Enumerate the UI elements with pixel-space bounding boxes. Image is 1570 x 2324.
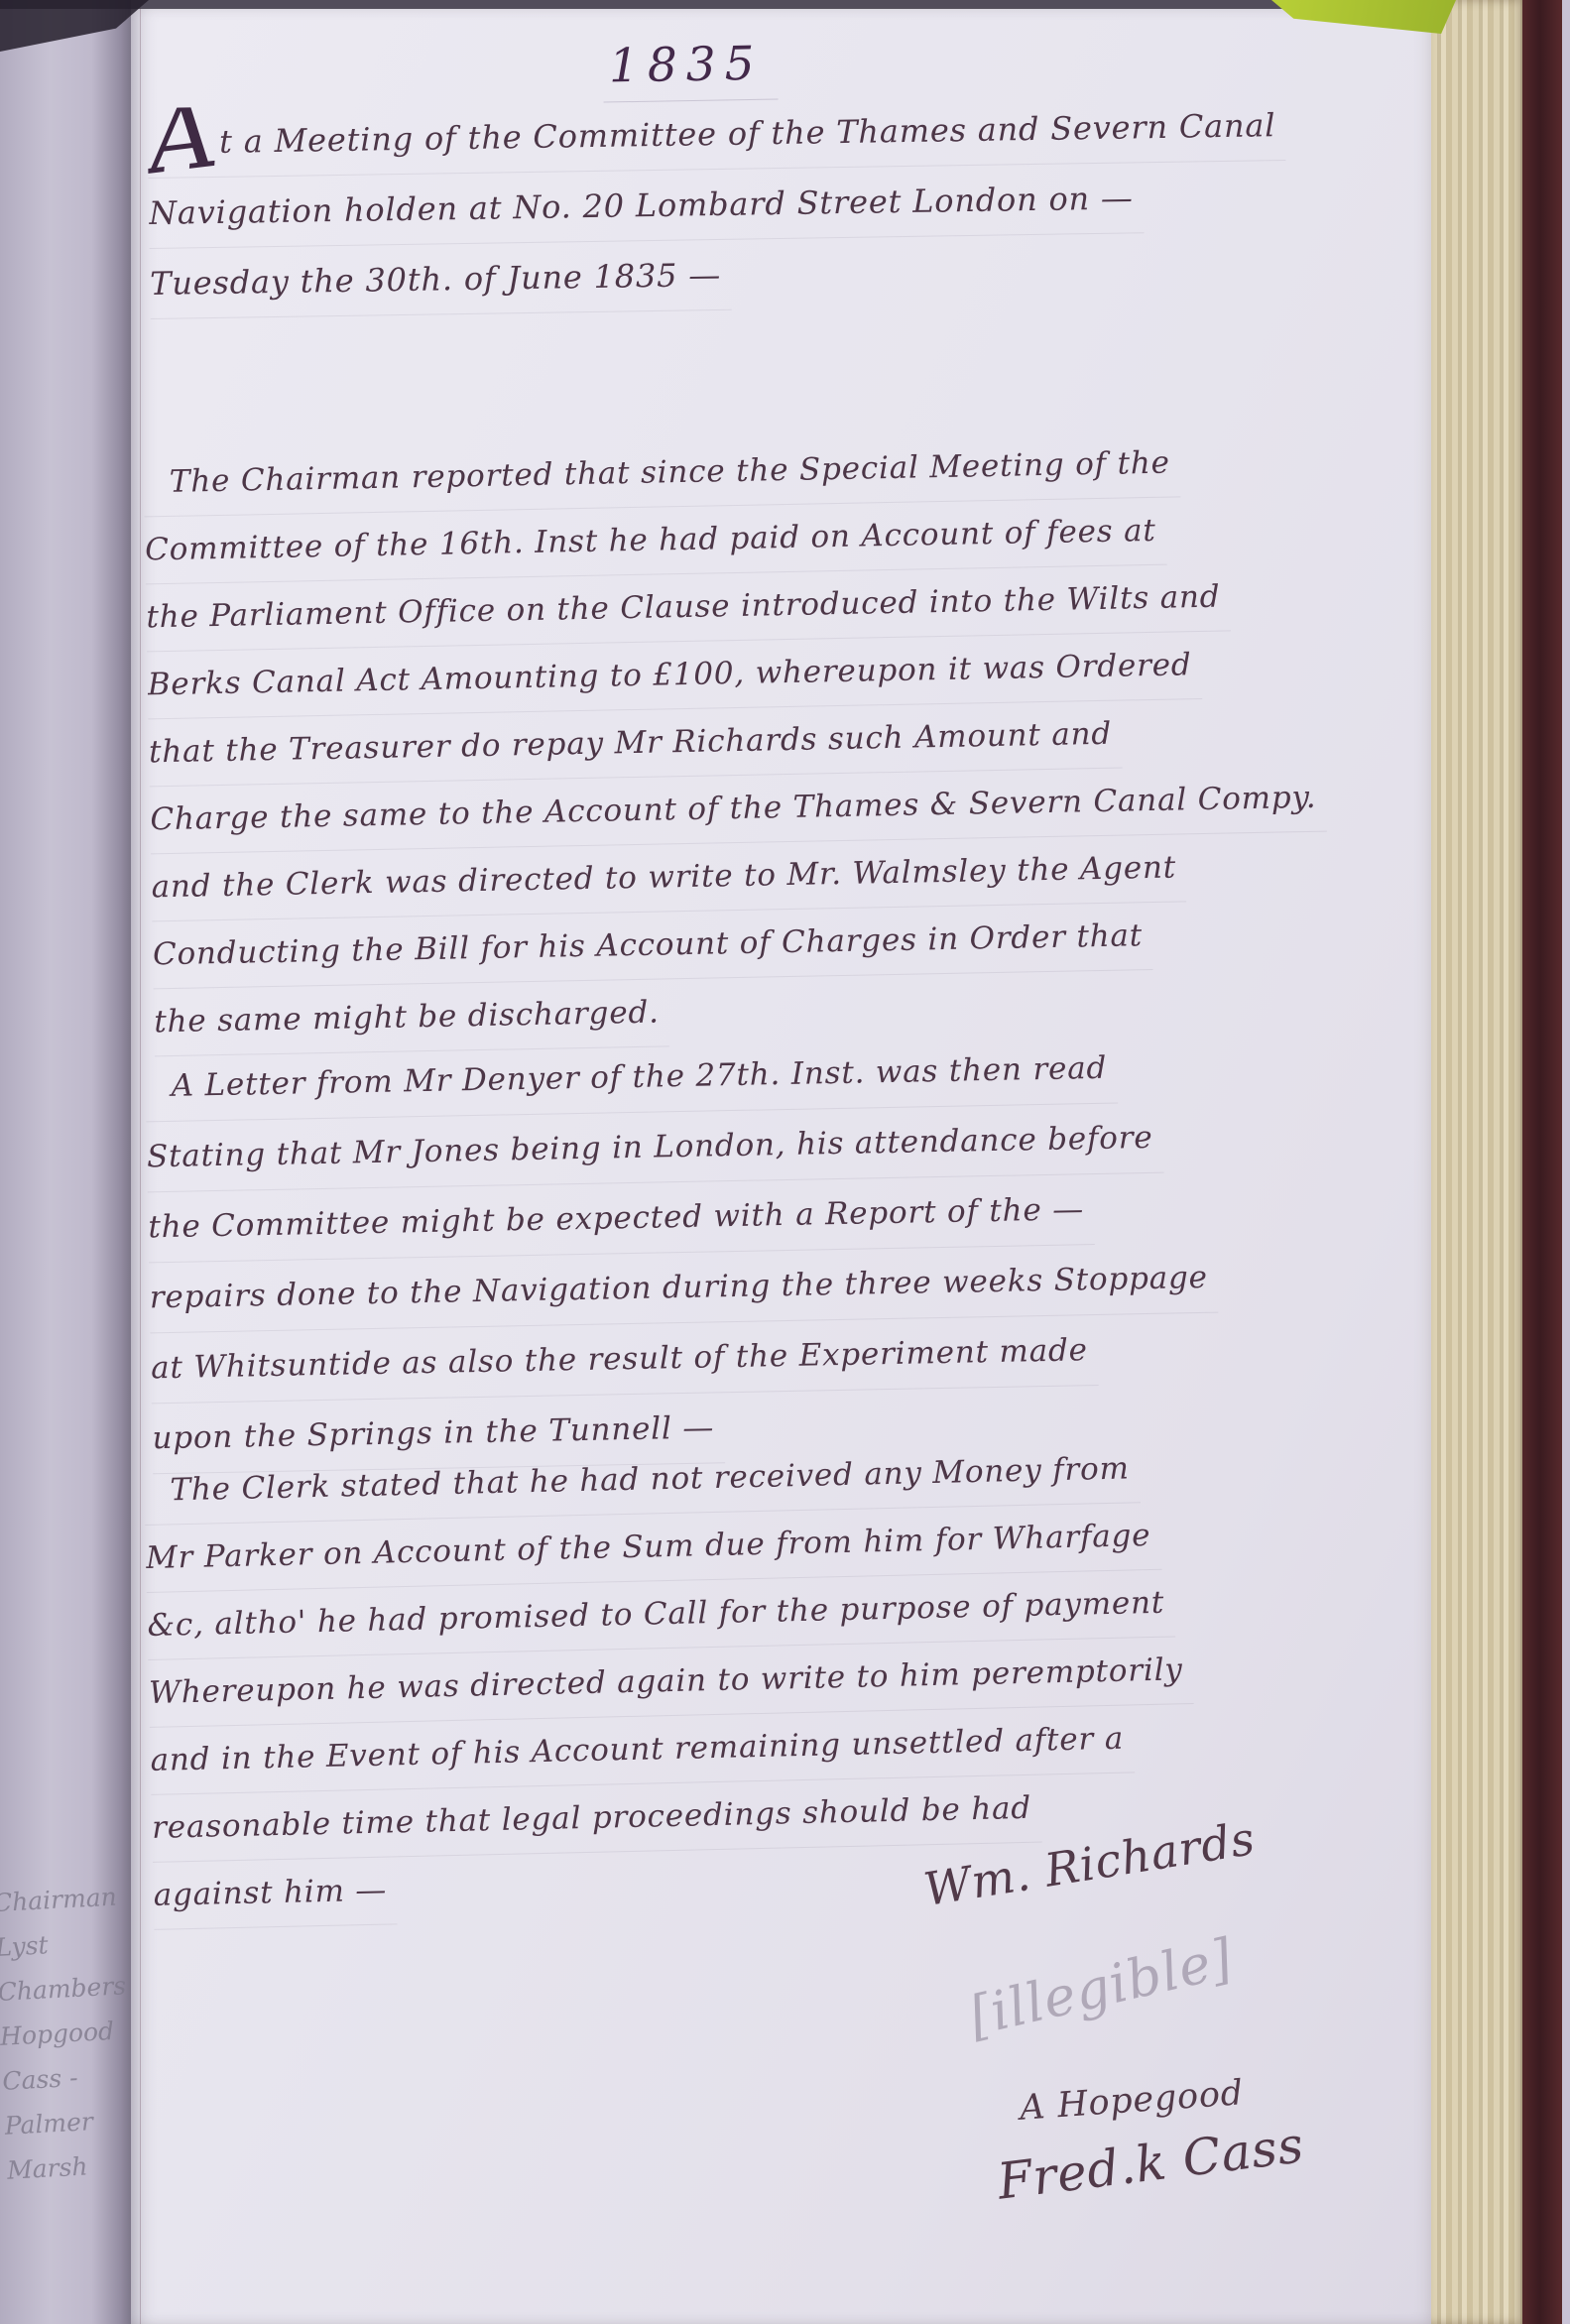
manuscript-line-text: t a Meeting of the Committee of the Tham… <box>219 106 1276 161</box>
margin-note: Lyst <box>0 1917 145 1970</box>
margin-note: Cass - <box>1 2051 152 2104</box>
margin-note: Hopgood <box>0 2007 150 2059</box>
pencil-margin-notes: Chairman Lyst Chambers Hopgood Cass - Pa… <box>0 1873 157 2192</box>
margin-note: Marsh <box>6 2141 157 2193</box>
year-heading: 1835 <box>602 36 778 102</box>
book-cover-edge <box>1522 0 1562 2324</box>
manuscript-line: Tuesday the 30th. of June 1835 — <box>150 240 732 319</box>
margin-note: Chairman <box>0 1873 143 1925</box>
manuscript-photo: 1835 At a Meeting of the Committee of th… <box>0 0 1570 2324</box>
manuscript-line: Navigation holden at No. 20 Lombard Stre… <box>149 163 1145 249</box>
minutes-paragraph-2: A Letter from Mr Denyer of the 27th. Ins… <box>145 1032 1221 1475</box>
minutes-paragraph-1: The Chairman reported that since the Spe… <box>143 428 1331 1057</box>
margin-note: Chambers <box>0 1962 148 2015</box>
opening-paragraph: At a Meeting of the Committee of the Tha… <box>147 90 1288 319</box>
page-edges-stack <box>1431 0 1526 2324</box>
top-edge-shadow <box>0 0 1463 9</box>
decorative-initial: A <box>148 132 217 140</box>
manuscript-line: against him — <box>153 1857 398 1930</box>
margin-note: Palmer <box>4 2096 155 2148</box>
